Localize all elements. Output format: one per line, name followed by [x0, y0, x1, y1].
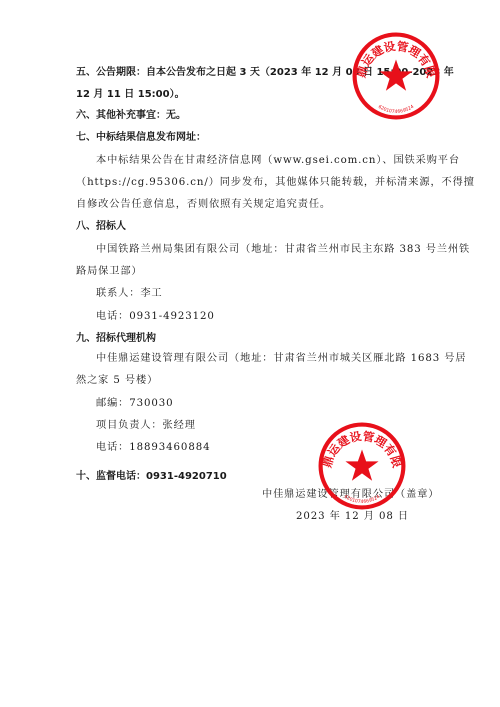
signature-company: 中佳鼎运建设管理有限公司（盖章）	[262, 488, 439, 502]
section-ten-heading: 十、监督电话：0931-4920710	[76, 470, 227, 484]
tenderer-address-continuation: 路局保卫部）	[76, 265, 143, 279]
agency-phone: 电话：18893460884	[96, 441, 210, 455]
tenderer-phone: 电话：0931-4923120	[96, 310, 215, 324]
section-five-continuation: 12 月 11 日 15:00）。	[76, 88, 185, 102]
section-seven-paragraph-line: （https://cg.95306.cn/）同步发布，其他媒体只能转载，并标清来…	[76, 176, 475, 190]
tenderer-name-address: 中国铁路兰州局集团有限公司（地址：甘肃省兰州市民主东路 383 号兰州铁	[96, 243, 470, 257]
agency-postcode: 邮编：730030	[96, 397, 174, 411]
svg-text:6201074669524: 6201074669524	[377, 104, 415, 115]
section-nine-heading: 九、招标代理机构	[76, 332, 156, 346]
section-seven-heading: 七、中标结果信息发布网址：	[76, 131, 206, 145]
section-five-heading: 五、公告期限：自本公告发布之日起 3 天（2023 年 12 月 08 日 15…	[76, 66, 454, 80]
agency-name-address: 中佳鼎运建设管理有限公司（地址：甘肃省兰州市城关区雁北路 1683 号居	[96, 352, 466, 366]
section-six-heading: 六、其他补充事宜：无。	[76, 109, 186, 123]
section-eight-heading: 八、招标人	[76, 220, 126, 234]
agency-address-continuation: 然之家 5 号楼）	[76, 374, 158, 388]
agency-project-manager: 项目负责人：张经理	[96, 419, 196, 433]
signature-date: 2023 年 12 月 08 日	[296, 510, 409, 524]
svg-text:中佳鼎运建设管理有限公司: 中佳鼎运建设管理有限公司	[316, 420, 404, 470]
section-seven-paragraph-line: 自修改公告任意信息，否则依照有关规定追究责任。	[76, 198, 331, 212]
tenderer-contact: 联系人：李工	[96, 287, 163, 301]
section-seven-paragraph-line: 本中标结果公告在甘肃经济信息网（www.gsei.com.cn）、国铁采购平台	[96, 154, 460, 168]
